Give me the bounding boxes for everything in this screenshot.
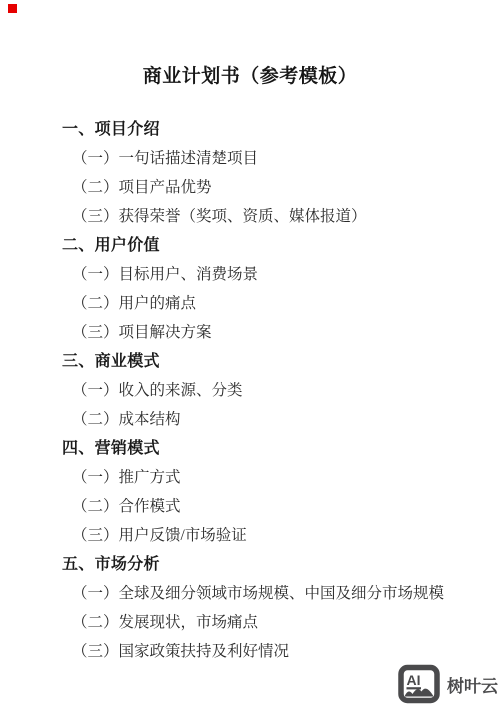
outline-item: （一）收入的来源、分类 xyxy=(0,374,500,403)
outline-item: （一）一句话描述清楚项目 xyxy=(0,142,500,171)
outline-item: （三）国家政策扶持及利好情况 xyxy=(0,635,500,664)
document-outline: 一、项目介绍 （一）一句话描述清楚项目 （二）项目产品优势 （三）获得荣誉（奖项… xyxy=(0,113,500,664)
outline-item: （二）成本结构 xyxy=(0,403,500,432)
outline-item: （一）全球及细分领域市场规模、中国及细分市场规模 xyxy=(0,577,500,606)
watermark-brand-text: 树叶云 xyxy=(447,672,498,697)
logo-ai-text: AI xyxy=(407,672,421,688)
document-title: 商业计划书（参考模板） xyxy=(0,61,500,88)
red-corner-mark xyxy=(8,4,17,13)
outline-item: （三）项目解决方案 xyxy=(0,316,500,345)
section-heading: 一、项目介绍 xyxy=(0,113,500,142)
section-heading: 五、市场分析 xyxy=(0,548,500,577)
outline-item: （二）合作模式 xyxy=(0,490,500,519)
outline-item: （二）发展现状，市场痛点 xyxy=(0,606,500,635)
outline-item: （三）用户反馈/市场验证 xyxy=(0,519,500,548)
section-heading: 二、用户价值 xyxy=(0,229,500,258)
outline-item: （三）获得荣誉（奖项、资质、媒体报道） xyxy=(0,200,500,229)
section-heading: 四、营销模式 xyxy=(0,432,500,461)
outline-item: （二）项目产品优势 xyxy=(0,171,500,200)
outline-item: （一）推广方式 xyxy=(0,461,500,490)
outline-item: （二）用户的痛点 xyxy=(0,287,500,316)
ai-picture-logo-icon: AI xyxy=(398,664,440,704)
section-heading: 三、商业模式 xyxy=(0,345,500,374)
watermark: AI 树叶云 xyxy=(398,664,498,704)
outline-item: （一）目标用户、消费场景 xyxy=(0,258,500,287)
